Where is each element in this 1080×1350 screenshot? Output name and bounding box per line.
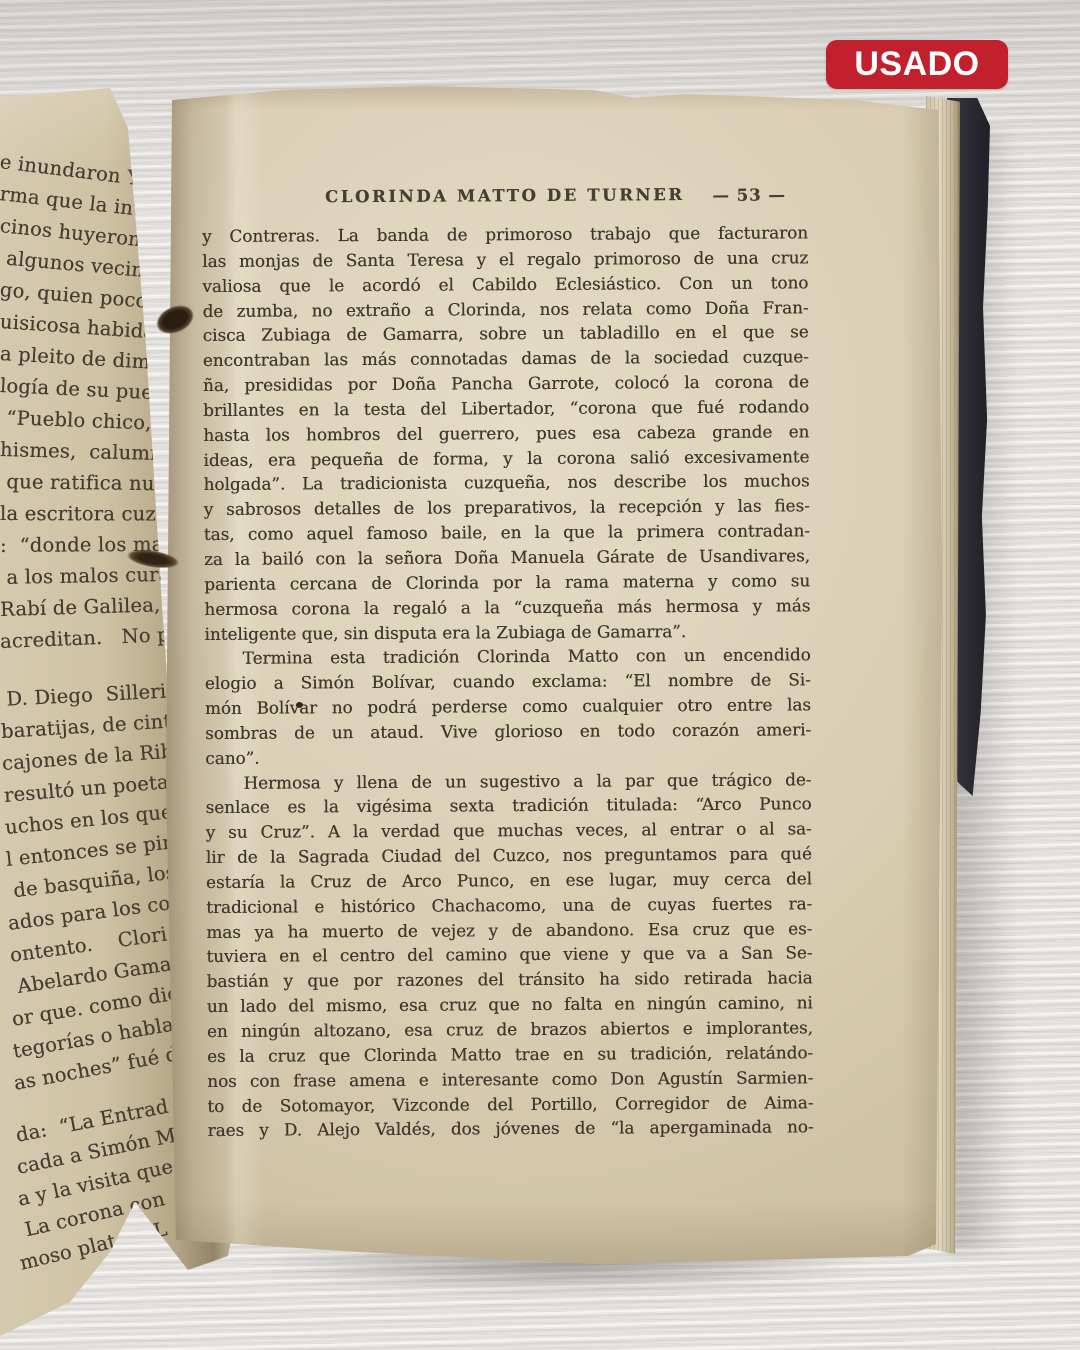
text-line: de zumba, no extraño a Clorinda, nos rel… <box>202 295 808 324</box>
text-line: tas, como aquel famoso baile, en la que … <box>204 518 810 547</box>
page-number: — 53 — <box>712 185 786 204</box>
text-lines: y Contreras. La banda de primoroso traba… <box>202 220 814 1143</box>
left-page-line: cajones de la Rib <box>2 740 175 775</box>
left-page-line: D. Diego Silleri <box>0 680 167 711</box>
text-line: hasta los hombros del guerrero, pues esa… <box>203 419 809 448</box>
text-line: sombras de un ataud. Vive glorioso en to… <box>205 717 811 746</box>
left-page-line: baratijas, de cint <box>0 709 172 742</box>
text-line: y sabrosos detalles de los preparativos,… <box>204 494 810 523</box>
text-line: y Contreras. La banda de primoroso traba… <box>202 220 808 249</box>
left-page-line: logía de su puebl <box>0 374 173 405</box>
text-line: es la cruz que Clorinda Matto trae en su… <box>207 1040 813 1069</box>
left-page-line: que ratifica nue <box>0 470 166 495</box>
left-page-line: acreditan. No p <box>0 623 170 653</box>
text-line: tradicional e histórico Chachacomo, una … <box>206 891 812 920</box>
text-line: ña, presididas por Doña Pancha Garrote, … <box>203 369 809 398</box>
left-page-line: la escritora cuzqu <box>0 502 181 526</box>
text-line: en ningún altozano, esa cruz de brazos a… <box>207 1015 813 1044</box>
text-line: elogio a Simón Bolívar, cuando exclama: … <box>205 667 811 696</box>
left-page-line: resultó un poeta <box>3 770 170 807</box>
text-line: tuviera en el centro del camino que vien… <box>206 941 812 970</box>
text-line: raes y D. Alejo Valdés, dos jóvenes de “… <box>207 1115 813 1144</box>
text-line: ideas, era pequeña de forma, y la corona… <box>203 444 809 473</box>
left-page-line: “Pueblo chico, h <box>0 406 171 435</box>
right-page: CLORINDA MATTO DE TURNER — 53 — y Contre… <box>164 84 944 1264</box>
text-line: lir de la Sagrada Ciudad del Cuzco, nos … <box>206 841 812 870</box>
text-line: za la bailó con la señora Doña Manuela G… <box>204 543 810 572</box>
left-page-line: hismes, calumni <box>0 438 169 465</box>
page-content: CLORINDA MATTO DE TURNER — 53 — y Contre… <box>163 79 950 1264</box>
usado-badge: USADO <box>826 40 1008 89</box>
text-line: un lado del mismo, esa cruz que no falta… <box>207 990 813 1019</box>
left-page-line: a pleito de dimes <box>0 342 173 375</box>
ink-speck <box>296 702 303 708</box>
text-line: valiosa que le acordó el Cabildo Eclesiá… <box>202 270 808 299</box>
text-line: bastián y que por razones del tránsito h… <box>207 966 813 995</box>
text-line: cisca Zubiaga de Gamarra, sobre un tabla… <box>203 320 809 349</box>
text-line: mas ya ha muerto de vejez y de abandono.… <box>206 916 812 945</box>
text-line: senlace es la vigésima sexta tradición t… <box>205 792 811 821</box>
text-line: Hermosa y llena de un sugestivo a la par… <box>205 767 811 796</box>
left-page-line: Rabí de Galilea, c <box>0 593 178 621</box>
text-line: estaría la Cruz de Arco Punco, en ese lu… <box>206 866 812 895</box>
text-line: cano”. <box>205 742 811 771</box>
text-line: parienta cercana de Clorinda por la rama… <box>204 568 810 597</box>
text-line: y su Cruz”. A la verdad que muchas veces… <box>206 817 812 846</box>
text-line: las monjas de Santa Teresa y el regalo p… <box>202 245 808 274</box>
text-line: nos con frase amena e interesante como D… <box>207 1065 813 1094</box>
text-line: Termina esta tradición Clorinda Matto co… <box>205 643 811 672</box>
text-line: holgada”. La tradicionista cuzqueña, nos… <box>204 469 810 498</box>
text-line: brillantes en la testa del Libertador, “… <box>203 394 809 423</box>
photo-background: e inundaron Yuarma que la inundcinos huy… <box>0 0 1080 1350</box>
text-line: inteligente que, sin disputa era la Zubi… <box>204 618 810 647</box>
text-line: to de Sotomayor, Vizconde del Portillo, … <box>207 1090 813 1119</box>
text-line: hermosa corona la regaló a la “cuzqueña … <box>204 593 810 622</box>
text-line: encontraban las más connotadas damas de … <box>203 345 809 374</box>
page-header: CLORINDA MATTO DE TURNER — 53 — <box>202 184 808 214</box>
